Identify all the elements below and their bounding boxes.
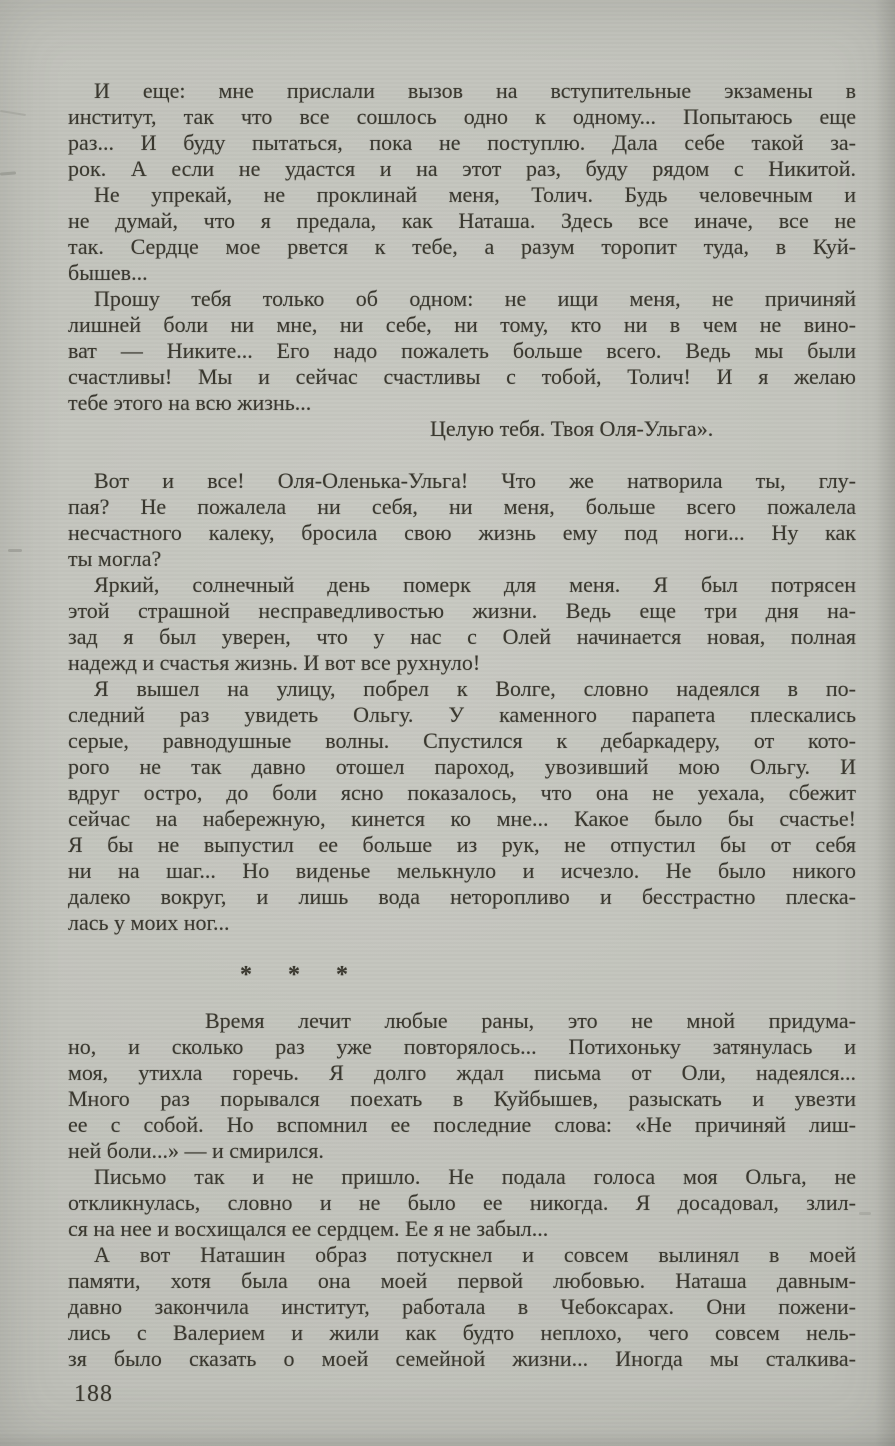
text-line: серые, равнодушные волны. Спустился к де…: [68, 728, 856, 754]
page-text: И еще: мне прислали вызов на вступительн…: [68, 78, 856, 1372]
scan-artifact: [8, 549, 22, 552]
text-line: Яркий, солнечный день померк для меня. Я…: [68, 572, 856, 598]
paragraph: И еще: мне прислали вызов на вступительн…: [68, 78, 856, 182]
text-line: лись с Валерием и жили как будто неплохо…: [68, 1320, 856, 1346]
paragraph: Вот и все! Оля-Оленька-Ульга! Что же нат…: [68, 468, 856, 572]
text-line: бышев...: [68, 260, 856, 286]
text-line: зя было сказать о моей семейной жизни...…: [68, 1346, 856, 1372]
text-line: памяти, хотя была она моей первой любовь…: [68, 1268, 856, 1294]
text-line: ся на нее и восхищался ее сердцем. Ее я …: [68, 1216, 856, 1242]
text-line: Прошу тебя только об одном: не ищи меня,…: [68, 286, 856, 312]
paragraph: Не упрекай, не проклинай меня, Толич. Бу…: [68, 182, 856, 286]
text-line: ват — Никите... Его надо пожалеть больше…: [68, 338, 856, 364]
scanned-book-page: И еще: мне прислали вызов на вступительн…: [0, 0, 895, 1446]
text-line: сейчас на набережную, кинется ко мне... …: [68, 806, 856, 832]
paragraph: Яркий, солнечный день померк для меня. Я…: [68, 572, 856, 676]
text-line: следний раз увидеть Ольгу. У каменного п…: [68, 702, 856, 728]
text-line: ты могла?: [68, 546, 856, 572]
text-line: ней боли...» — и смирился.: [68, 1138, 856, 1164]
text-line: тебе этого на всю жизнь...: [68, 390, 856, 416]
text-line: Не упрекай, не проклинай меня, Толич. Бу…: [68, 182, 856, 208]
text-line: И еще: мне прислали вызов на вступительн…: [68, 78, 856, 104]
text-line: надежд и счастья жизнь. И вот все рухнул…: [68, 650, 856, 676]
text-line: несчастного калеку, бросила свою жизнь е…: [68, 520, 856, 546]
text-line: ее с собой. Но вспомнил ее последние сло…: [68, 1112, 856, 1138]
text-line: институт, так что все сошлось одно к одн…: [68, 104, 856, 130]
scan-artifact: [0, 171, 16, 175]
paragraph: Время лечит любые раны, это не мной прид…: [68, 1008, 856, 1164]
text-line: Письмо так и не пришло. Не подала голоса…: [68, 1164, 856, 1190]
text-line: Время лечит любые раны, это не мной прид…: [68, 1008, 856, 1034]
text-line: вдруг остро, до боли ясно показалось, чт…: [68, 780, 856, 806]
text-line: зад я был уверен, что у нас с Олей начин…: [68, 624, 856, 650]
paragraph: Прошу тебя только об одном: не ищи меня,…: [68, 286, 856, 416]
paragraph: Я вышел на улицу, побрел к Волге, словно…: [68, 676, 856, 936]
scan-edge-shadow-bottom: [0, 1432, 895, 1446]
text-line: откликнулась, словно и не было ее никогд…: [68, 1190, 856, 1216]
scan-artifact: [859, 1212, 871, 1215]
text-line: этой страшной несправедливостью жизни. В…: [68, 598, 856, 624]
text-line: давно закончила институт, работала в Чеб…: [68, 1294, 856, 1320]
text-line: лась у моих ног...: [68, 910, 856, 936]
text-line: Я бы не выпустил ее больше из рук, не от…: [68, 832, 856, 858]
scan-artifact: [0, 110, 26, 116]
text-line: раз... И буду пытаться, пока не поступлю…: [68, 130, 856, 156]
paragraph: А вот Наташин образ потускнел и совсем в…: [68, 1242, 856, 1372]
text-line: пая? Не пожалела ни себя, ни меня, больш…: [68, 494, 856, 520]
paragraph: Письмо так и не пришло. Не подала голоса…: [68, 1164, 856, 1242]
text-line: лишней боли ни мне, ни себе, ни тому, кт…: [68, 312, 856, 338]
text-line: так. Сердце мое рвется к тебе, а разум т…: [68, 234, 856, 260]
text-line: моя, утихла горечь. Я долго ждал письма …: [68, 1060, 856, 1086]
section-separator: * * *: [240, 962, 856, 988]
text-line: Я вышел на улицу, побрел к Волге, словно…: [68, 676, 856, 702]
text-line: счастливы! Мы и сейчас счастливы с тобой…: [68, 364, 856, 390]
text-line: Вот и все! Оля-Оленька-Ульга! Что же нат…: [68, 468, 856, 494]
text-line: ни на шаг... Но виденье мелькнуло и исче…: [68, 858, 856, 884]
text-line: но, и сколько раз уже повторялось... Пот…: [68, 1034, 856, 1060]
text-line: Много раз порывался поехать в Куйбышев, …: [68, 1086, 856, 1112]
scan-edge-shadow: [875, 0, 895, 1446]
text-line: не думай, что я предала, как Наташа. Зде…: [68, 208, 856, 234]
text-line: А вот Наташин образ потускнел и совсем в…: [68, 1242, 856, 1268]
page-number: 188: [74, 1381, 113, 1408]
text-line: далеко вокруг, и лишь вода неторопливо и…: [68, 884, 856, 910]
text-line: рого не так давно отошел пароход, увозив…: [68, 754, 856, 780]
text-line: рок. А если не удастся и на этот раз, бу…: [68, 156, 856, 182]
letter-closing-line: Целую тебя. Твоя Оля-Ульга».: [430, 416, 856, 442]
